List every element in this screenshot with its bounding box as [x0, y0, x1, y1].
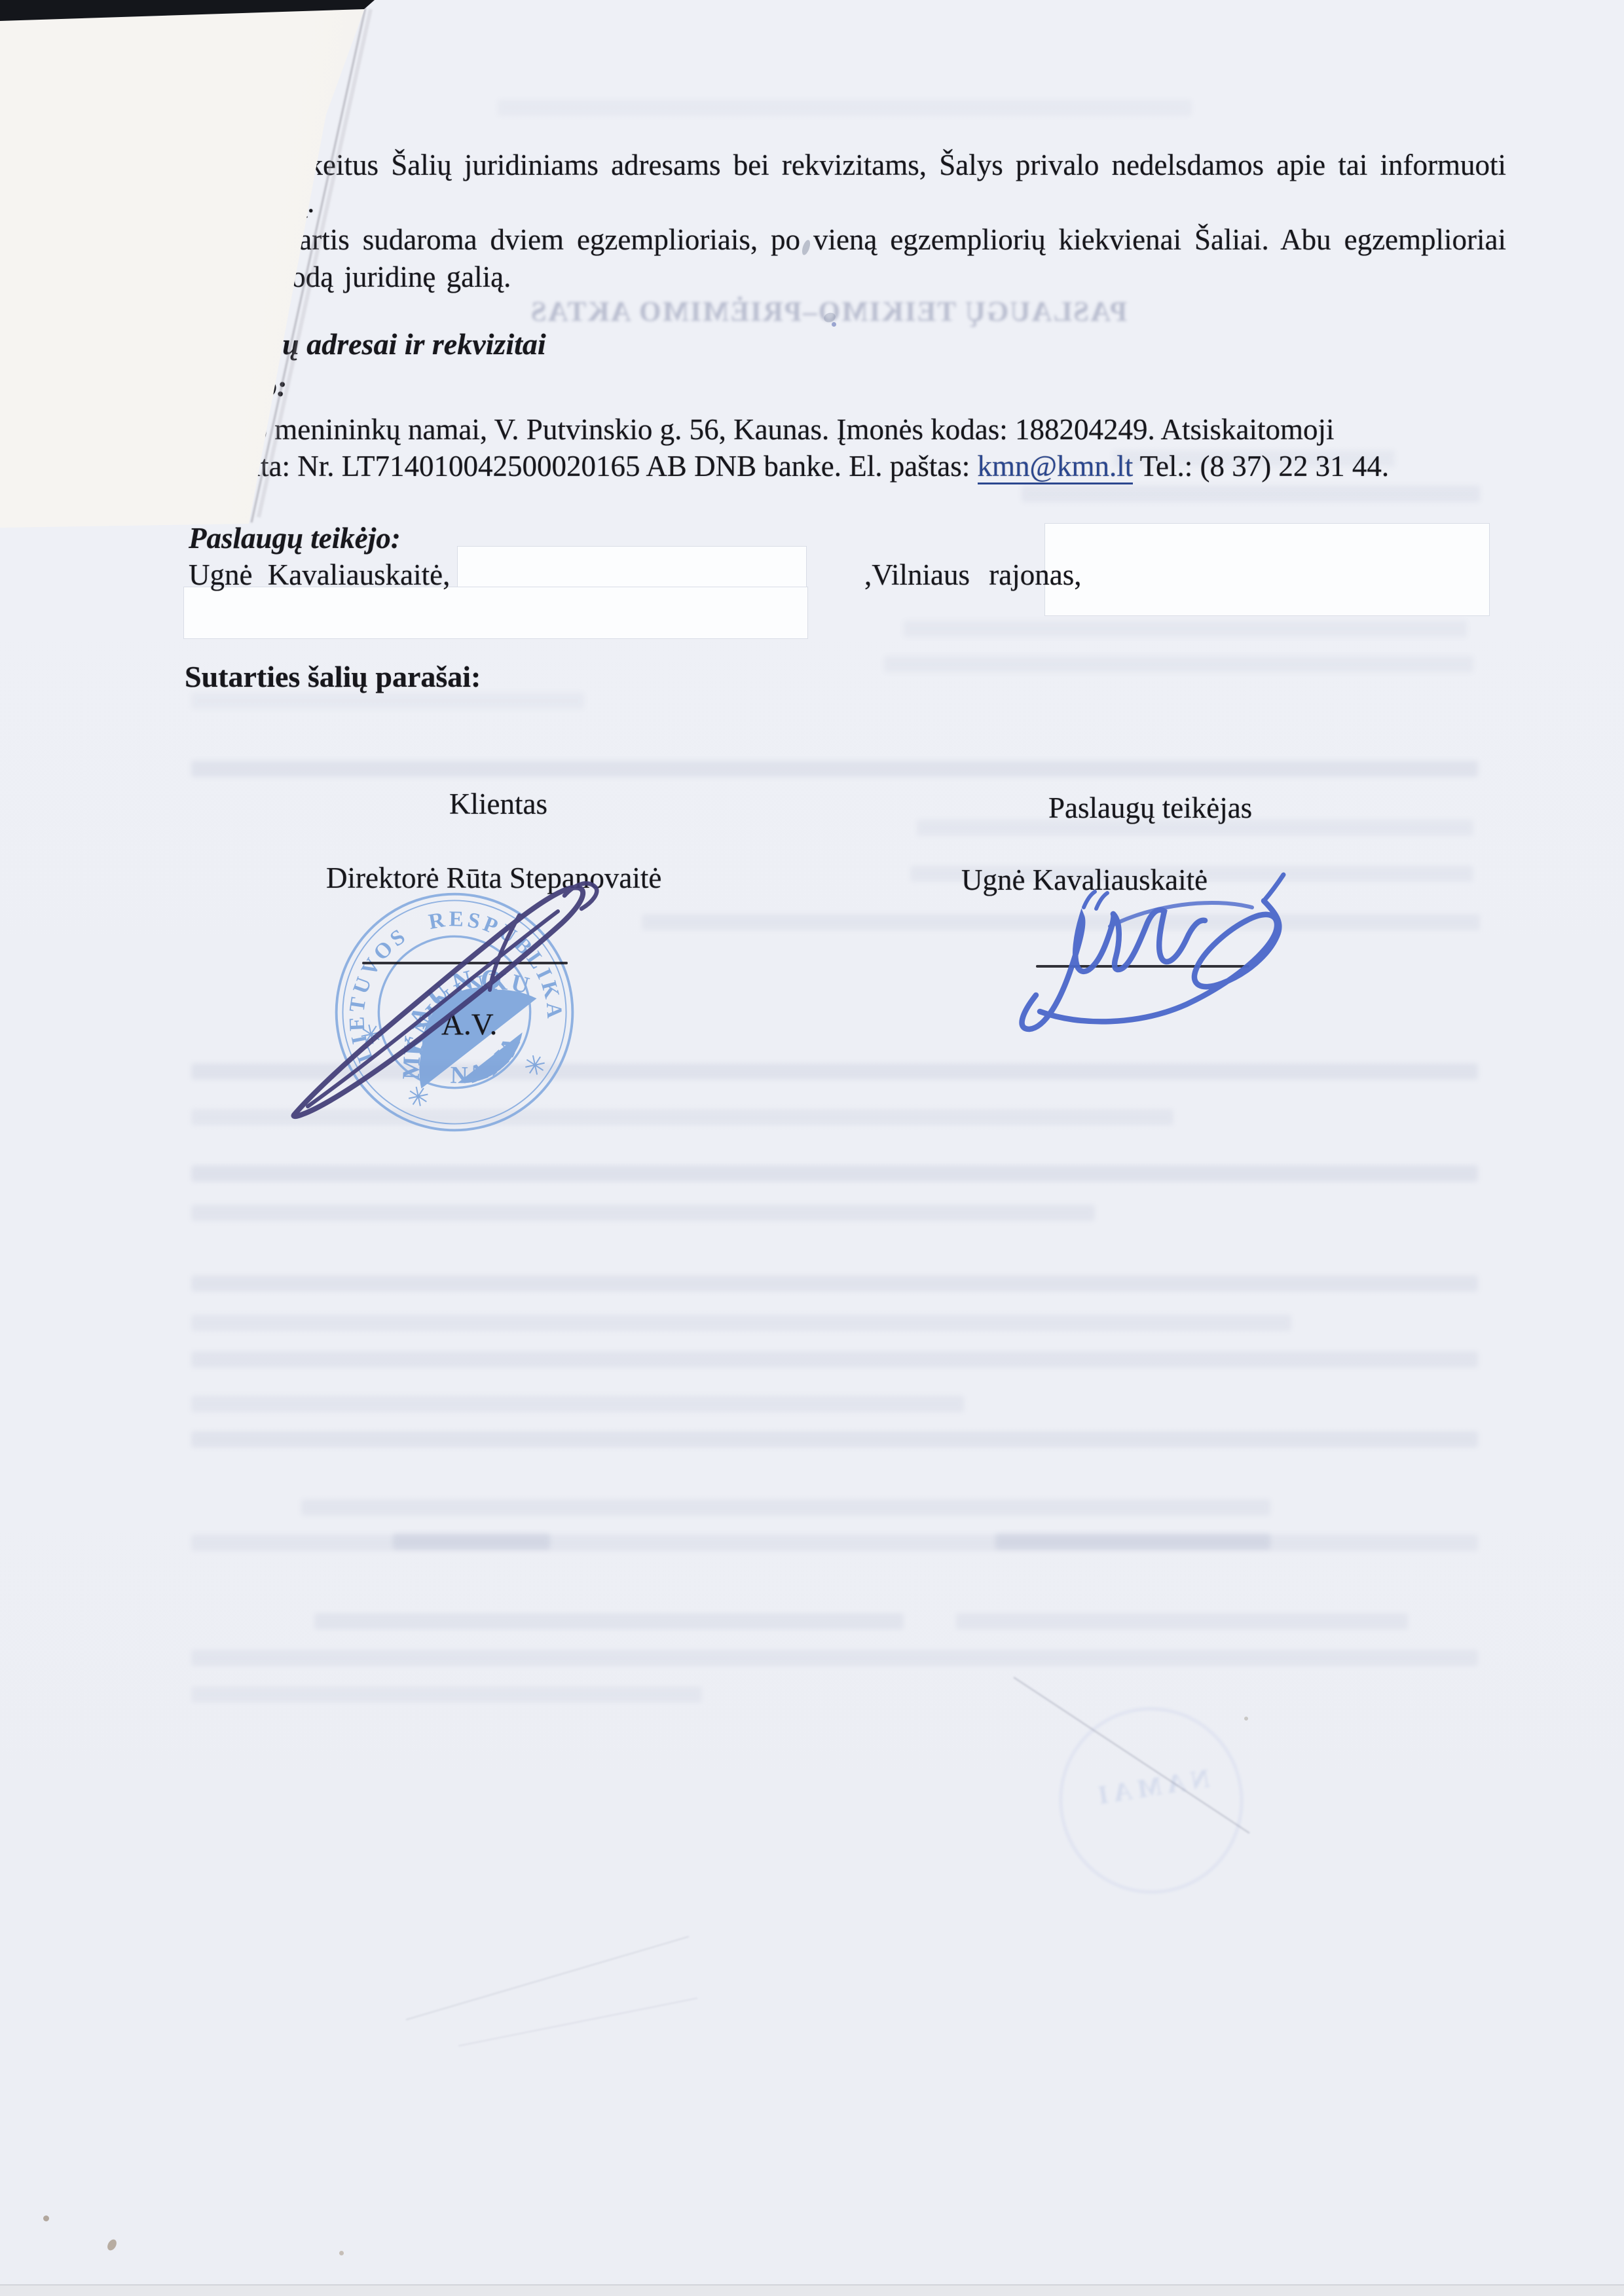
scanned-contract-page: PASLAUGŲ TEIKIMO–PRIĖMIMO AKTAS NAMAI 11…	[0, 0, 1624, 2296]
